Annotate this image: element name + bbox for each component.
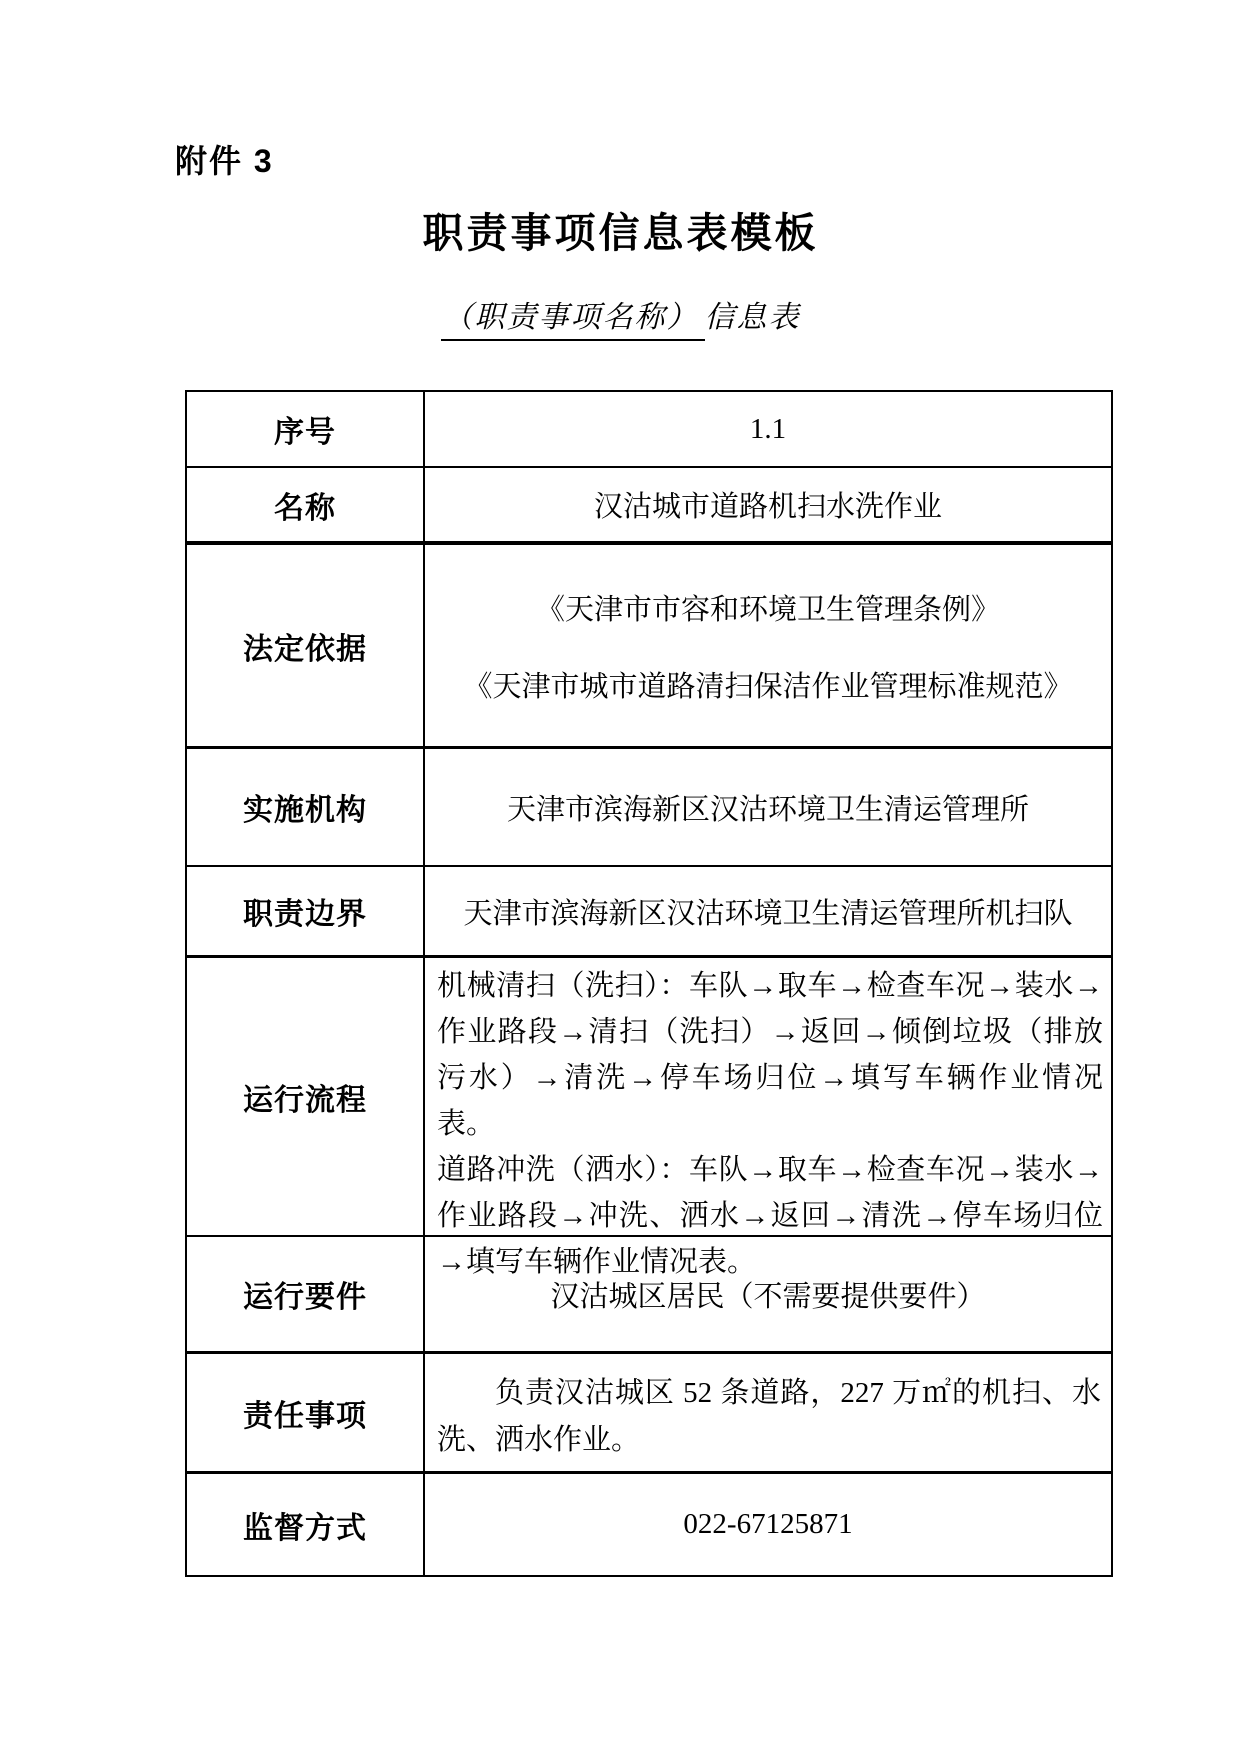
table-row-shishijigou: 实施机构 天津市滨海新区汉沽环境卫生清运管理所 xyxy=(187,749,1111,867)
row-value: 天津市滨海新区汉沽环境卫生清运管理所机扫队 xyxy=(425,867,1111,955)
table-row-zhizebianjie: 职责边界 天津市滨海新区汉沽环境卫生清运管理所机扫队 xyxy=(187,867,1111,958)
row-label: 责任事项 xyxy=(187,1354,425,1471)
row-value: 天津市滨海新区汉沽环境卫生清运管理所 xyxy=(425,749,1111,865)
row-label: 法定依据 xyxy=(187,545,425,746)
doc-subtitle: （职责事项名称）信息表 xyxy=(0,292,1241,336)
row-label: 实施机构 xyxy=(187,749,425,865)
process-paragraph: 机械清扫（洗扫）：车队→取车→检查车况→装水→作业路段→清扫（洗扫）→返回→倾倒… xyxy=(437,963,1103,1147)
table-row-zerenshixiang: 责任事项 负责汉沽城区 52 条道路，227 万㎡的机扫、水洗、洒水作业。 xyxy=(187,1354,1111,1474)
row-value: 022-67125871 xyxy=(425,1474,1111,1575)
doc-title: 职责事项信息表模板 xyxy=(0,200,1241,259)
row-label: 职责边界 xyxy=(187,867,425,955)
row-value: 机械清扫（洗扫）：车队→取车→检查车况→装水→作业路段→清扫（洗扫）→返回→倾倒… xyxy=(425,958,1111,1235)
subtitle-underlined-blank: （职责事项名称） xyxy=(441,301,705,341)
row-label: 运行流程 xyxy=(187,958,425,1235)
table-row-jiandufangshi: 监督方式 022-67125871 xyxy=(187,1474,1111,1575)
row-label: 名称 xyxy=(187,468,425,541)
table-row-xuhao: 序号 1.1 xyxy=(187,392,1111,468)
duty-paragraph: 负责汉沽城区 52 条道路，227 万㎡的机扫、水洗、洒水作业。 xyxy=(437,1370,1101,1464)
table-row-mingcheng: 名称 汉沽城市道路机扫水洗作业 xyxy=(187,468,1111,545)
subtitle-rest: 信息表 xyxy=(705,301,801,334)
legal-basis-line: 《天津市市容和环境卫生管理条例》 xyxy=(536,587,1000,628)
row-value: 《天津市市容和环境卫生管理条例》 《天津市城市道路清扫保洁作业管理标准规范》 xyxy=(425,545,1111,746)
info-table: 序号 1.1 名称 汉沽城市道路机扫水洗作业 法定依据 《天津市市容和环境卫生管… xyxy=(185,390,1113,1577)
legal-basis-line: 《天津市城市道路清扫保洁作业管理标准规范》 xyxy=(463,664,1072,705)
attachment-label: 附件 3 xyxy=(175,136,274,182)
table-row-yunxingyaojian: 运行要件 汉沽城区居民（不需要提供要件） xyxy=(187,1237,1111,1354)
row-value: 1.1 xyxy=(425,392,1111,466)
row-value: 汉沽城市道路机扫水洗作业 xyxy=(425,468,1111,541)
row-label: 监督方式 xyxy=(187,1474,425,1575)
table-row-yunxingliucheng: 运行流程 机械清扫（洗扫）：车队→取车→检查车况→装水→作业路段→清扫（洗扫）→… xyxy=(187,958,1111,1237)
row-label: 序号 xyxy=(187,392,425,466)
table-row-fadingyiju: 法定依据 《天津市市容和环境卫生管理条例》 《天津市城市道路清扫保洁作业管理标准… xyxy=(187,545,1111,749)
row-value: 负责汉沽城区 52 条道路，227 万㎡的机扫、水洗、洒水作业。 xyxy=(425,1354,1111,1471)
row-label: 运行要件 xyxy=(187,1237,425,1351)
document-page: 附件 3 职责事项信息表模板 （职责事项名称）信息表 序号 1.1 名称 汉沽城… xyxy=(0,0,1241,1754)
row-value: 汉沽城区居民（不需要提供要件） xyxy=(425,1237,1111,1351)
